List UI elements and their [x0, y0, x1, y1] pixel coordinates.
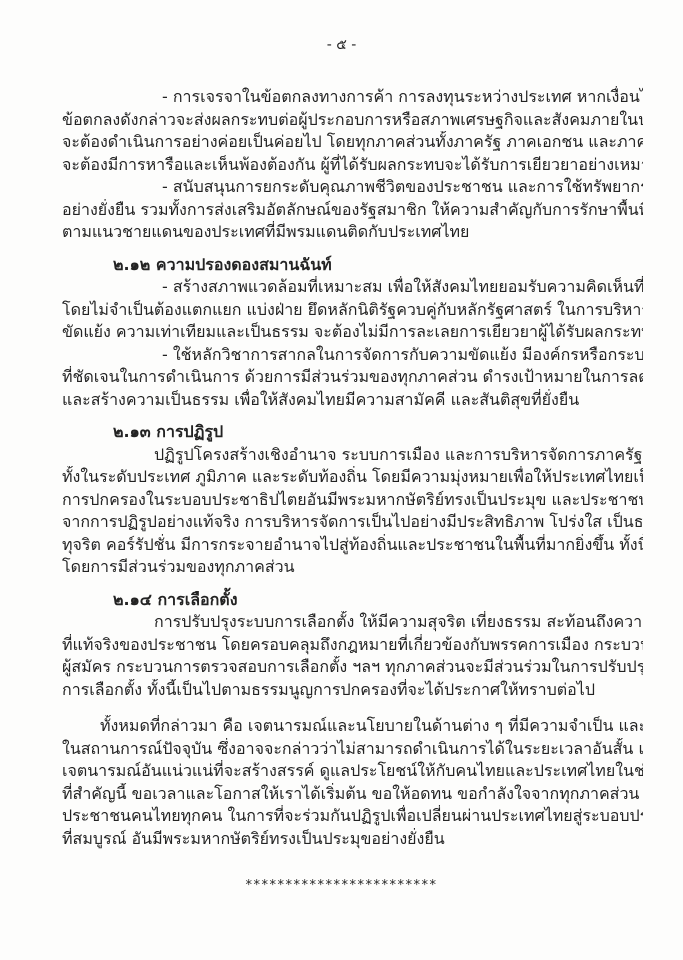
text-line: จากการปฏิรูปอย่างแท้จริง การบริหารจัดการ…	[62, 511, 643, 534]
text-line: และสร้างความเป็นธรรม เพื่อให้สังคมไทยมีค…	[62, 389, 643, 412]
paragraph: - การเจรจาในข้อตกลงทางการค้า การลงทุนระห…	[62, 86, 643, 176]
text-line: ผู้สมัคร กระบวนการตรวจสอบการเลือกตั้ง ฯล…	[62, 656, 643, 679]
text-line: ทั้งหมดที่กล่าวมา คือ เจตนารมณ์และนโยบาย…	[62, 715, 643, 738]
text-line: ตามแนวชายแดนของประเทศที่มีพรมแดนติดกับปร…	[62, 221, 643, 244]
paragraph: - สร้างสภาพแวดล้อมที่เหมาะสม เพื่อให้สัง…	[62, 276, 643, 344]
document-page: - ๕ - - การเจรจาในข้อตกลงทางการค้า การลง…	[0, 0, 683, 960]
text-line: จะต้องดำเนินการอย่างค่อยเป็นค่อยไป โดยทุ…	[62, 131, 643, 154]
end-divider: ************************	[0, 878, 683, 893]
section-heading: ๒.๑๔ การเลือกตั้ง	[62, 589, 643, 612]
text-line: ที่แท้จริงของประชาชน โดยครอบคลุมถึงกฎหมา…	[62, 634, 643, 657]
text-line: ที่สมบูรณ์ อันมีพระมหากษัตริย์ทรงเป็นประ…	[62, 828, 643, 851]
text-line: ที่สำคัญนี้ ขอเวลาและโอกาสให้เราได้เริ่ม…	[62, 783, 643, 806]
text-line: จะต้องมีการหารือและเห็นพ้องต้องกัน ผู้ที…	[62, 154, 643, 177]
paragraph: การปรับปรุงระบบการเลือกตั้ง ให้มีความสุจ…	[62, 611, 643, 701]
text-line: ทั้งในระดับประเทศ ภูมิภาค และระดับท้องถิ…	[62, 466, 643, 489]
text-line: ประชาชนคนไทยทุกคน ในการที่จะร่วมกันปฏิรู…	[62, 805, 643, 828]
text-line: - ใช้หลักวิชาการสากลในการจัดการกับความขั…	[62, 344, 643, 367]
text-line: อย่างยั่งยืน รวมทั้งการส่งเสริมอัตลักษณ์…	[62, 199, 643, 222]
section-heading: ๒.๑๓ การปฏิรูป	[62, 421, 643, 444]
paragraph: ปฏิรูปโครงสร้างเชิงอำนาจ ระบบการเมือง แล…	[62, 444, 643, 579]
page-number: - ๕ -	[0, 0, 683, 54]
text-line: การปกครองในระบอบประชาธิปไตยอันมีพระมหากษ…	[62, 489, 643, 512]
paragraph: - สนับสนุนการยกระดับคุณภาพชีวิตของประชาช…	[62, 176, 643, 244]
paragraph: - ใช้หลักวิชาการสากลในการจัดการกับความขั…	[62, 344, 643, 412]
text-line: - สนับสนุนการยกระดับคุณภาพชีวิตของประชาช…	[62, 176, 643, 199]
text-line: ในสถานการณ์ปัจจุบัน ซึ่งอาจจะกล่าวว่าไม่…	[62, 738, 643, 761]
text-line: - การเจรจาในข้อตกลงทางการค้า การลงทุนระห…	[62, 86, 643, 109]
text-line: ทุจริต คอร์รัปชั่น มีการกระจายอำนาจไปสู่…	[62, 534, 643, 557]
text-line: โดยไม่จำเป็นต้องแตกแยก แบ่งฝ่าย ยึดหลักน…	[62, 299, 643, 322]
text-line: ปฏิรูปโครงสร้างเชิงอำนาจ ระบบการเมือง แล…	[62, 444, 643, 467]
text-line: การปรับปรุงระบบการเลือกตั้ง ให้มีความสุจ…	[62, 611, 643, 634]
document-body: - การเจรจาในข้อตกลงทางการค้า การลงทุนระห…	[62, 86, 643, 850]
text-line: เจตนารมณ์อันแน่วแน่ที่จะสร้างสรรค์ ดูแลป…	[62, 760, 643, 783]
paragraph: ทั้งหมดที่กล่าวมา คือ เจตนารมณ์และนโยบาย…	[62, 715, 643, 850]
text-line: ข้อตกลงดังกล่าวจะส่งผลกระทบต่อผู้ประกอบก…	[62, 109, 643, 132]
section-heading: ๒.๑๒ ความปรองดองสมานฉันท์	[62, 254, 643, 277]
text-line: - สร้างสภาพแวดล้อมที่เหมาะสม เพื่อให้สัง…	[62, 276, 643, 299]
text-line: ขัดแย้ง ความเท่าเทียมและเป็นธรรม จะต้องไ…	[62, 321, 643, 344]
text-line: การเลือกตั้ง ทั้งนี้เป็นไปตามธรรมนูญการป…	[62, 679, 643, 702]
text-line: โดยการมีส่วนร่วมของทุกภาคส่วน	[62, 556, 643, 579]
text-line: ที่ชัดเจนในการดำเนินการ ด้วยการมีส่วนร่ว…	[62, 366, 643, 389]
